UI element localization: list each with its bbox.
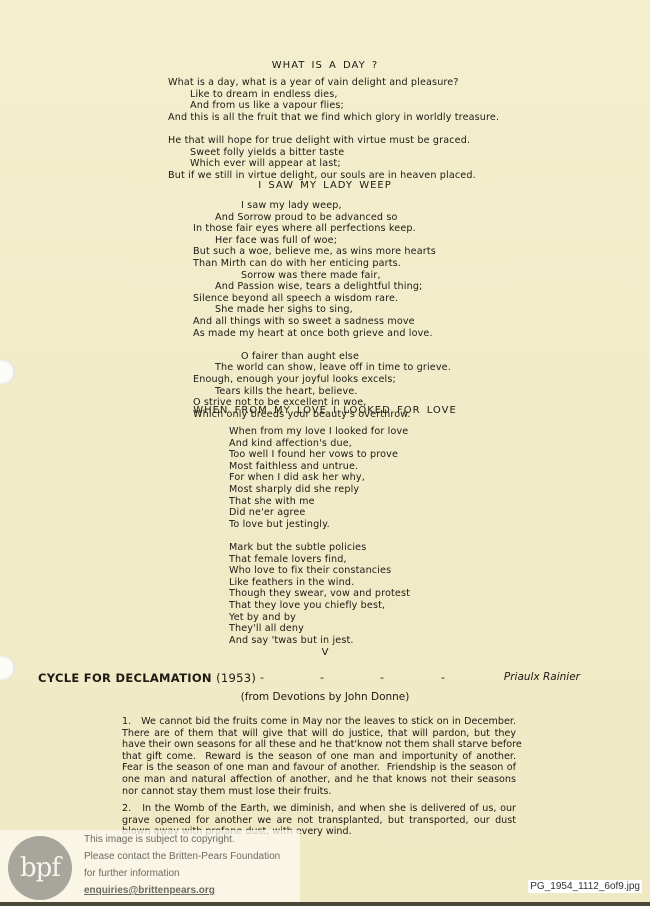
poem-title: I SAW MY LADY WEEP bbox=[0, 180, 650, 191]
prose-line: Fear is the season of one man and favour… bbox=[122, 762, 516, 774]
poem-body: When from my love I looked for loveAnd k… bbox=[229, 426, 410, 646]
verse-line: What is a day, what is a year of vain de… bbox=[168, 77, 499, 89]
verse-line: They'll all deny bbox=[229, 623, 410, 635]
composer-name: Priaulx Rainier bbox=[504, 671, 580, 683]
verse-line: And this is all the fruit that we find w… bbox=[168, 112, 499, 124]
verse-line: Silence beyond all speech a wisdom rare. bbox=[193, 293, 451, 305]
dash: - bbox=[320, 671, 324, 684]
verse-line bbox=[168, 123, 499, 135]
prose-line: one man and natural affection of another… bbox=[122, 774, 516, 786]
verse-line: Who love to fix their constancies bbox=[229, 565, 410, 577]
contact-notice: Please contact the Britten-Pears Foundat… bbox=[84, 851, 280, 862]
verse-line: And say 'twas but in jest. bbox=[229, 635, 410, 647]
verse-line: Though they swear, vow and protest bbox=[229, 588, 410, 600]
prose-line: grave opened for another we are not tran… bbox=[122, 815, 516, 827]
verse-line: Too well I found her vows to prove bbox=[229, 449, 410, 461]
verse-line: Most sharply did she reply bbox=[229, 484, 410, 496]
verse-line: Enough, enough your joyful looks excels; bbox=[193, 374, 451, 386]
verse-line: As made my heart at once both grieve and… bbox=[193, 328, 451, 340]
verse-line: In those fair eyes where all perfections… bbox=[193, 223, 451, 235]
verse-line: Her face was full of woe; bbox=[193, 235, 451, 247]
email-link[interactable]: enquiries@brittenpears.org bbox=[84, 885, 215, 896]
verse-line: And all things with so sweet a sadness m… bbox=[193, 316, 451, 328]
verse-line: And from us like a vapour flies; bbox=[168, 100, 499, 112]
prose-line: that gift come. Reward is the season of … bbox=[122, 751, 516, 763]
verse-line: O fairer than aught else bbox=[193, 351, 451, 363]
punch-hole-upper bbox=[0, 360, 15, 384]
verse-line: Did ne'er agree bbox=[229, 507, 410, 519]
poem-title: WHAT IS A DAY ? bbox=[0, 60, 650, 71]
file-id-label: PG_1954_1112_6of9.jpg bbox=[528, 880, 642, 893]
dash: - bbox=[441, 671, 445, 684]
verse-line: When from my love I looked for love bbox=[229, 426, 410, 438]
verse-line: That female lovers find, bbox=[229, 554, 410, 566]
page-edge bbox=[0, 902, 650, 906]
verse-line: Than Mirth can do with her enticing part… bbox=[193, 258, 451, 270]
section-number: V bbox=[0, 647, 650, 658]
verse-line: Yet by and by bbox=[229, 612, 410, 624]
poem-body: I saw my lady weep,And Sorrow proud to b… bbox=[193, 200, 451, 420]
source-note: (from Devotions by John Donne) bbox=[0, 691, 650, 703]
prose-line: nor cannot stay them must lose their fru… bbox=[122, 786, 516, 798]
verse-line: I saw my lady weep, bbox=[193, 200, 451, 212]
verse-line: She made her sighs to sing, bbox=[193, 304, 451, 316]
verse-line: Sorrow was there made fair, bbox=[193, 270, 451, 282]
verse-line bbox=[193, 339, 451, 351]
verse-line: And kind affection's due, bbox=[229, 438, 410, 450]
prose-line: have their own seasons for all these and… bbox=[122, 739, 516, 751]
verse-line: Which ever will appear at last; bbox=[168, 158, 499, 170]
verse-line: Most faithless and untrue. bbox=[229, 461, 410, 473]
verse-line: Like to dream in endless dies, bbox=[168, 89, 499, 101]
poem-title: WHEN FROM MY LOVE I LOOKED FOR LOVE bbox=[0, 405, 650, 416]
verse-line: And Passion wise, tears a delightful thi… bbox=[193, 281, 451, 293]
verse-line: To love but jestingly. bbox=[229, 519, 410, 531]
verse-line: That she with me bbox=[229, 496, 410, 508]
work-year: (1953) bbox=[216, 671, 256, 685]
work-title-text: CYCLE FOR DECLAMATION bbox=[38, 671, 212, 685]
poem-body: What is a day, what is a year of vain de… bbox=[168, 77, 499, 181]
verse-line: But such a woe, believe me, as wins more… bbox=[193, 246, 451, 258]
verse-line: Tears kills the heart, believe. bbox=[193, 386, 451, 398]
verse-line: He that will hope for true delight with … bbox=[168, 135, 499, 147]
verse-line: For when I did ask her why, bbox=[229, 472, 410, 484]
verse-line: That they love you chiefly best, bbox=[229, 600, 410, 612]
verse-line: And Sorrow proud to be advanced so bbox=[193, 212, 451, 224]
prose-line: There are of them that will give that wi… bbox=[122, 728, 516, 740]
punch-hole-lower bbox=[0, 656, 15, 680]
work-title: CYCLE FOR DECLAMATION (1953) bbox=[38, 671, 256, 685]
verse-line: Like feathers in the wind. bbox=[229, 577, 410, 589]
verse-line: Sweet folly yields a bitter taste bbox=[168, 147, 499, 159]
verse-line: The world can show, leave off in time to… bbox=[193, 362, 451, 374]
copyright-notice: This image is subject to copyright. bbox=[84, 834, 235, 845]
document-page: WHAT IS A DAY ? What is a day, what is a… bbox=[0, 0, 650, 906]
dash: - bbox=[380, 671, 384, 684]
prose-line: 1. We cannot bid the fruits come in May … bbox=[122, 716, 516, 728]
bpf-logo: bpf bbox=[8, 836, 72, 900]
prose-line: 2. In the Womb of the Earth, we diminish… bbox=[122, 803, 516, 815]
info-notice: for further information bbox=[84, 868, 180, 879]
verse-line: Mark but the subtle policies bbox=[229, 542, 410, 554]
dash: - bbox=[260, 671, 264, 684]
verse-line bbox=[229, 530, 410, 542]
prose-paragraph: 1. We cannot bid the fruits come in May … bbox=[122, 716, 516, 797]
